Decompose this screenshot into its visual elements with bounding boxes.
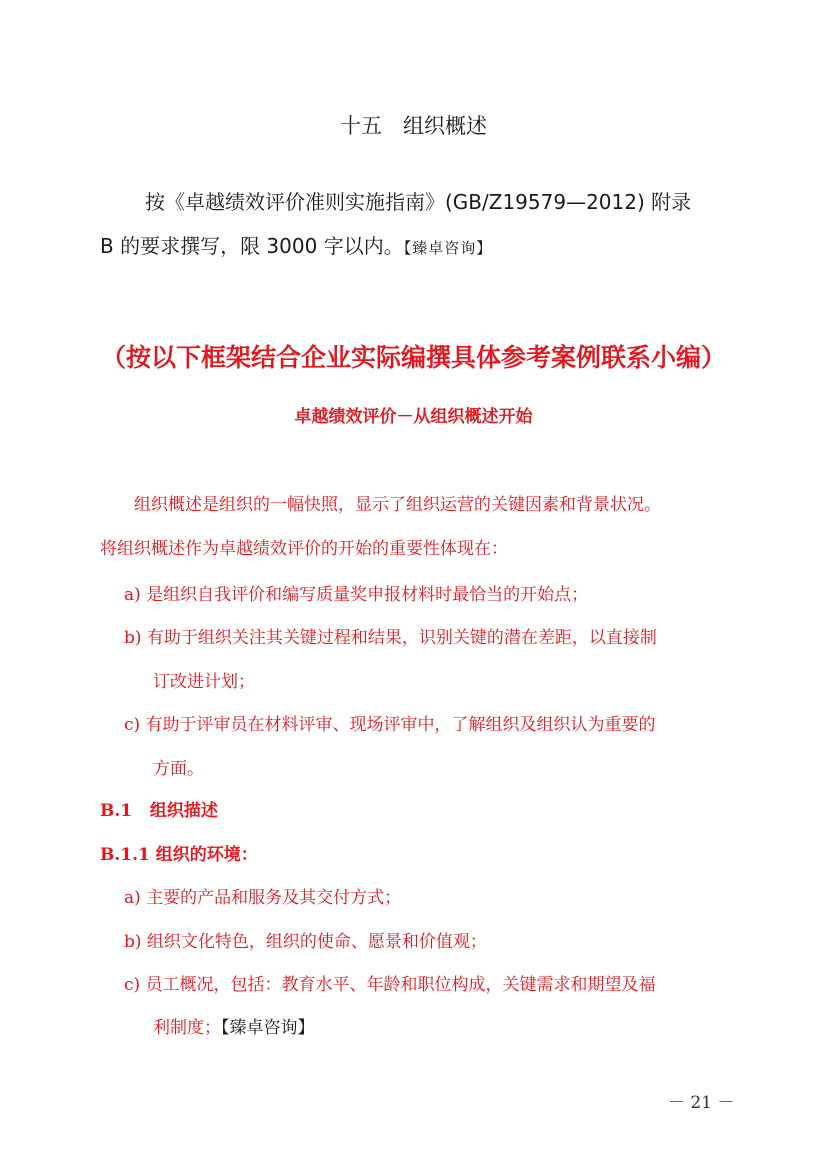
page-title: 十五 组织概述 xyxy=(0,110,827,140)
list-text: 利制度； xyxy=(153,1018,221,1038)
importance-item-c-cont: 方面。 xyxy=(153,754,204,779)
environment-item-c-cont: 利制度；【臻卓咨询】 xyxy=(153,1013,315,1038)
section-number: B.1 xyxy=(100,801,132,821)
red-heading: （按以下框架结合企业实际编撰具体参考案例联系小编） xyxy=(0,338,827,374)
list-marker: b) xyxy=(124,628,142,648)
sub-heading: 卓越绩效评价－从组织概述开始 xyxy=(0,402,827,427)
list-text: 有助于评审员在材料评审、现场评审中，了解组织及组织认为重要的 xyxy=(146,715,656,735)
end-tag: 【臻卓咨询】 xyxy=(221,1018,315,1038)
list-text: 有助于组织关注其关键过程和结果，识别关键的潜在差距，以直接制 xyxy=(147,628,657,648)
list-text: 组织文化特色，组织的使命、愿景和价值观； xyxy=(147,932,487,952)
importance-item-a: a) 是组织自我评价和编写质量奖申报材料时最恰当的开始点； xyxy=(124,580,588,605)
list-marker: c) xyxy=(124,975,140,995)
environment-item-c: c) 员工概况，包括：教育水平、年龄和职位构成，关键需求和期望及福 xyxy=(124,970,656,995)
section-title: 组织的环境： xyxy=(156,845,258,865)
list-marker: a) xyxy=(124,585,141,605)
list-text: 主要的产品和服务及其交付方式； xyxy=(146,888,401,908)
intro-line-2-text: B 的要求撰写，限 3000 字以内。 xyxy=(100,234,404,258)
list-text: 是组织自我评价和编写质量奖申报材料时最恰当的开始点； xyxy=(146,585,588,605)
section-number: B.1.1 xyxy=(100,845,150,865)
importance-item-b-cont: 订改进计划； xyxy=(153,667,255,692)
paragraph-1-line-2: 将组织概述作为卓越绩效评价的开始的重要性体现在： xyxy=(100,534,508,559)
list-marker: b) xyxy=(124,932,142,952)
page-number: － 21 － xyxy=(668,1088,734,1113)
list-marker: c) xyxy=(124,715,140,735)
section-b11-heading: B.1.1 组织的环境： xyxy=(100,840,258,865)
paragraph-1-line-1: 组织概述是组织的一幅快照，显示了组织运营的关键因素和背景状况。 xyxy=(134,490,661,515)
section-b1-heading: B.1 组织描述 xyxy=(100,796,218,821)
list-marker: a) xyxy=(124,888,141,908)
importance-item-b: b) 有助于组织关注其关键过程和结果，识别关键的潜在差距，以直接制 xyxy=(124,623,657,648)
environment-item-b: b) 组织文化特色，组织的使命、愿景和价值观； xyxy=(124,927,487,952)
intro-line-1: 按《卓越绩效评价准则实施指南》(GB/Z19579—2012) 附录 xyxy=(145,186,691,215)
list-text: 员工概况，包括：教育水平、年龄和职位构成，关键需求和期望及福 xyxy=(146,975,656,995)
environment-item-a: a) 主要的产品和服务及其交付方式； xyxy=(124,883,401,908)
importance-item-c: c) 有助于评审员在材料评审、现场评审中，了解组织及组织认为重要的 xyxy=(124,710,656,735)
intro-line-2: B 的要求撰写，限 3000 字以内。【臻卓咨询】 xyxy=(100,230,492,259)
intro-tag: 【臻卓咨询】 xyxy=(404,239,493,257)
section-title: 组织描述 xyxy=(150,801,218,821)
